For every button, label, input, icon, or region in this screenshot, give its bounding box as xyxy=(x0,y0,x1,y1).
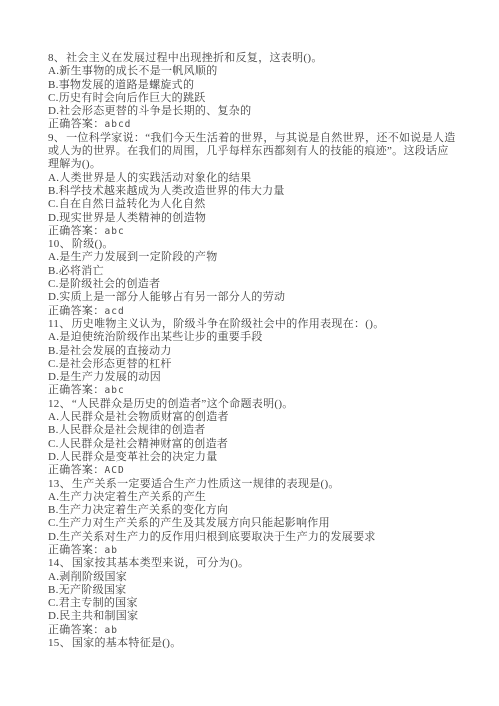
option-text: 实质上是一部分人能够占有另一部分人的劳动 xyxy=(59,291,285,303)
option-text: 生产力决定着生产关系的变化方向 xyxy=(59,504,229,516)
option-a: A.新生事物的成长不是一帆风顺的 xyxy=(48,65,457,78)
option-label: D. xyxy=(48,371,59,383)
option-b: B.事物发展的道路是螺旋式的 xyxy=(48,79,457,92)
option-text: 事物发展的道路是螺旋式的 xyxy=(59,79,195,91)
answer-prefix: 正确答案： xyxy=(48,384,105,396)
option-label: D. xyxy=(48,105,59,117)
answer-prefix: 正确答案： xyxy=(48,225,105,237)
answer-prefix: 正确答案： xyxy=(48,118,105,130)
option-text: 历史有时会向后作巨大的跳跃 xyxy=(59,92,206,104)
option-text: 生产关系对生产力的反作用归根到底要取决于生产力的发展要求 xyxy=(59,531,375,543)
option-a: A.人民群众是社会物质财富的创造者 xyxy=(48,411,457,424)
question-stem: 8、社会主义在发展过程中出现挫折和反复，这表明()。 xyxy=(48,52,457,65)
option-text: 君主专制的国家 xyxy=(59,597,138,609)
question-stem: 9、一位科学家说：“我们今天生活着的世界，与其说是自然世界，还不如说是人造或人为… xyxy=(48,132,457,172)
question-number: 9、 xyxy=(48,132,65,144)
document-page: 8、社会主义在发展过程中出现挫折和反复，这表明()。 A.新生事物的成长不是一帆… xyxy=(0,0,499,706)
option-label: B. xyxy=(48,504,59,516)
option-b: B.科学技术越来越成为人类改造世界的伟大力量 xyxy=(48,185,457,198)
option-c: C.人民群众是社会精神财富的创造者 xyxy=(48,438,457,451)
question-number: 12、 xyxy=(48,398,71,410)
answer-prefix: 正确答案： xyxy=(48,624,105,636)
question-text: 历史唯物主义认为，阶级斗争在阶级社会中的作用表现在：()。 xyxy=(72,318,385,330)
question-text: 一位科学家说：“我们今天生活着的世界，与其说是自然世界，还不如说是人造或人为的世… xyxy=(48,132,456,171)
question-block: 9、一位科学家说：“我们今天生活着的世界，与其说是自然世界，还不如说是人造或人为… xyxy=(48,132,457,238)
question-number: 13、 xyxy=(48,478,71,490)
option-text: 人民群众是社会物质财富的创造者 xyxy=(59,411,229,423)
option-c: C.自在自然日益转化为人化自然 xyxy=(48,198,457,211)
option-text: 人民群众是社会精神财富的创造者 xyxy=(59,438,229,450)
question-block: 15、国家的基本特征是()。 xyxy=(48,637,457,650)
question-number: 10、 xyxy=(48,238,71,250)
question-block: 10、阶级()。 A.是生产力发展到一定阶段的产物 B.必将消亡 C.是阶级社会… xyxy=(48,238,457,318)
answer-line: 正确答案：ACD xyxy=(48,464,457,477)
question-stem: 12、“人民群众是历史的创造者”这个命题表明()。 xyxy=(48,398,457,411)
option-label: A. xyxy=(48,65,59,77)
option-label: A. xyxy=(48,251,59,263)
option-label: D. xyxy=(48,531,59,543)
question-stem: 13、生产关系一定要适合生产力性质这一规律的表现是()。 xyxy=(48,478,457,491)
option-text: 社会形态更替的斗争是长期的、复杂的 xyxy=(59,105,251,117)
option-a: A.生产力决定着生产关系的产生 xyxy=(48,491,457,504)
option-a: A.剥削阶级国家 xyxy=(48,571,457,584)
answer-value: ab xyxy=(105,545,118,556)
option-d: D.是生产力发展的动因 xyxy=(48,371,457,384)
option-text: 是迫使统治阶级作出某些让步的重要手段 xyxy=(59,331,262,343)
answer-prefix: 正确答案： xyxy=(48,305,105,317)
answer-line: 正确答案：ab xyxy=(48,544,457,557)
answer-value: acd xyxy=(105,306,125,317)
option-a: A.是生产力发展到一定阶段的产物 xyxy=(48,251,457,264)
option-label: D. xyxy=(48,610,59,622)
option-label: C. xyxy=(48,358,59,370)
option-d: D.实质上是一部分人能够占有另一部分人的劳动 xyxy=(48,291,457,304)
option-c: C.是阶级社会的创造者 xyxy=(48,278,457,291)
option-label: B. xyxy=(48,265,59,277)
option-text: 现实世界是人类精神的创造物 xyxy=(59,212,206,224)
option-label: C. xyxy=(48,517,59,529)
answer-prefix: 正确答案： xyxy=(48,544,105,556)
option-c: C.历史有时会向后作巨大的跳跃 xyxy=(48,92,457,105)
option-text: 自在自然日益转化为人化自然 xyxy=(59,198,206,210)
answer-value: ab xyxy=(105,625,118,636)
option-label: D. xyxy=(48,212,59,224)
option-text: 人民群众是社会规律的创造者 xyxy=(59,424,206,436)
question-text: “人民群众是历史的创造者”这个命题表明()。 xyxy=(72,398,294,410)
option-text: 必将消亡 xyxy=(59,265,104,277)
option-label: B. xyxy=(48,424,59,436)
question-stem: 11、历史唯物主义认为，阶级斗争在阶级社会中的作用表现在：()。 xyxy=(48,318,457,331)
question-block: 13、生产关系一定要适合生产力性质这一规律的表现是()。 A.生产力决定着生产关… xyxy=(48,478,457,558)
answer-line: 正确答案：abc xyxy=(48,384,457,397)
option-d: D.社会形态更替的斗争是长期的、复杂的 xyxy=(48,105,457,118)
question-block: 11、历史唯物主义认为，阶级斗争在阶级社会中的作用表现在：()。 A.是迫使统治… xyxy=(48,318,457,398)
option-text: 人类世界是人的实践活动对象化的结果 xyxy=(59,172,251,184)
option-label: C. xyxy=(48,92,59,104)
question-number: 8、 xyxy=(48,52,65,64)
answer-value: abc xyxy=(105,385,125,396)
option-d: D.民主共和制国家 xyxy=(48,610,457,623)
option-d: D.生产关系对生产力的反作用归根到底要取决于生产力的发展要求 xyxy=(48,531,457,544)
option-d: D.现实世界是人类精神的创造物 xyxy=(48,212,457,225)
answer-value: abcd xyxy=(105,119,132,130)
question-text: 生产关系一定要适合生产力性质这一规律的表现是()。 xyxy=(72,478,340,490)
question-text: 阶级()。 xyxy=(72,238,114,250)
option-text: 是阶级社会的创造者 xyxy=(59,278,161,290)
option-label: C. xyxy=(48,597,59,609)
question-stem: 10、阶级()。 xyxy=(48,238,457,251)
option-label: D. xyxy=(48,451,59,463)
option-text: 剥削阶级国家 xyxy=(59,571,127,583)
option-label: C. xyxy=(48,278,59,290)
option-label: C. xyxy=(48,198,59,210)
option-text: 科学技术越来越成为人类改造世界的伟大力量 xyxy=(59,185,285,197)
option-b: B.必将消亡 xyxy=(48,265,457,278)
question-number: 11、 xyxy=(48,318,71,330)
option-b: B.生产力决定着生产关系的变化方向 xyxy=(48,504,457,517)
option-label: A. xyxy=(48,491,59,503)
option-text: 是生产力发展的动因 xyxy=(59,371,161,383)
option-label: C. xyxy=(48,438,59,450)
option-label: B. xyxy=(48,79,59,91)
option-text: 无产阶级国家 xyxy=(59,584,127,596)
answer-prefix: 正确答案： xyxy=(48,464,105,476)
answer-line: 正确答案：ab xyxy=(48,624,457,637)
question-block: 12、“人民群众是历史的创造者”这个命题表明()。 A.人民群众是社会物质财富的… xyxy=(48,398,457,478)
question-text: 国家按其基本类型来说，可分为()。 xyxy=(72,557,249,569)
question-stem: 15、国家的基本特征是()。 xyxy=(48,637,457,650)
option-label: A. xyxy=(48,172,59,184)
answer-value: ACD xyxy=(105,465,125,476)
option-label: D. xyxy=(48,291,59,303)
answer-line: 正确答案：abcd xyxy=(48,118,457,131)
option-label: A. xyxy=(48,411,59,423)
question-number: 14、 xyxy=(48,557,71,569)
option-b: B.是社会发展的直接动力 xyxy=(48,345,457,358)
question-block: 14、国家按其基本类型来说，可分为()。 A.剥削阶级国家 B.无产阶级国家 C… xyxy=(48,557,457,637)
option-label: B. xyxy=(48,345,59,357)
option-label: A. xyxy=(48,331,59,343)
option-label: B. xyxy=(48,185,59,197)
option-c: C.是社会形态更替的杠杆 xyxy=(48,358,457,371)
option-b: B.无产阶级国家 xyxy=(48,584,457,597)
answer-value: abc xyxy=(105,226,125,237)
option-text: 是生产力发展到一定阶段的产物 xyxy=(59,251,217,263)
option-text: 人民群众是变革社会的决定力量 xyxy=(59,451,217,463)
option-d: D.人民群众是变革社会的决定力量 xyxy=(48,451,457,464)
option-text: 生产力对生产关系的产生及其发展方向只能起影响作用 xyxy=(59,517,330,529)
question-stem: 14、国家按其基本类型来说，可分为()。 xyxy=(48,557,457,570)
question-number: 15、 xyxy=(48,637,71,649)
option-text: 民主共和制国家 xyxy=(59,610,138,622)
question-block: 8、社会主义在发展过程中出现挫折和反复，这表明()。 A.新生事物的成长不是一帆… xyxy=(48,52,457,132)
option-label: B. xyxy=(48,584,59,596)
answer-line: 正确答案：abc xyxy=(48,225,457,238)
option-a: A.是迫使统治阶级作出某些让步的重要手段 xyxy=(48,331,457,344)
option-text: 是社会发展的直接动力 xyxy=(59,345,172,357)
question-text: 社会主义在发展过程中出现挫折和反复，这表明()。 xyxy=(66,52,323,64)
option-text: 是社会形态更替的杠杆 xyxy=(59,358,172,370)
option-c: C.生产力对生产关系的产生及其发展方向只能起影响作用 xyxy=(48,517,457,530)
option-text: 生产力决定着生产关系的产生 xyxy=(59,491,206,503)
question-text: 国家的基本特征是()。 xyxy=(72,637,182,649)
option-b: B.人民群众是社会规律的创造者 xyxy=(48,424,457,437)
option-label: A. xyxy=(48,571,59,583)
answer-line: 正确答案：acd xyxy=(48,305,457,318)
option-c: C.君主专制的国家 xyxy=(48,597,457,610)
option-a: A.人类世界是人的实践活动对象化的结果 xyxy=(48,172,457,185)
option-text: 新生事物的成长不是一帆风顺的 xyxy=(59,65,217,77)
